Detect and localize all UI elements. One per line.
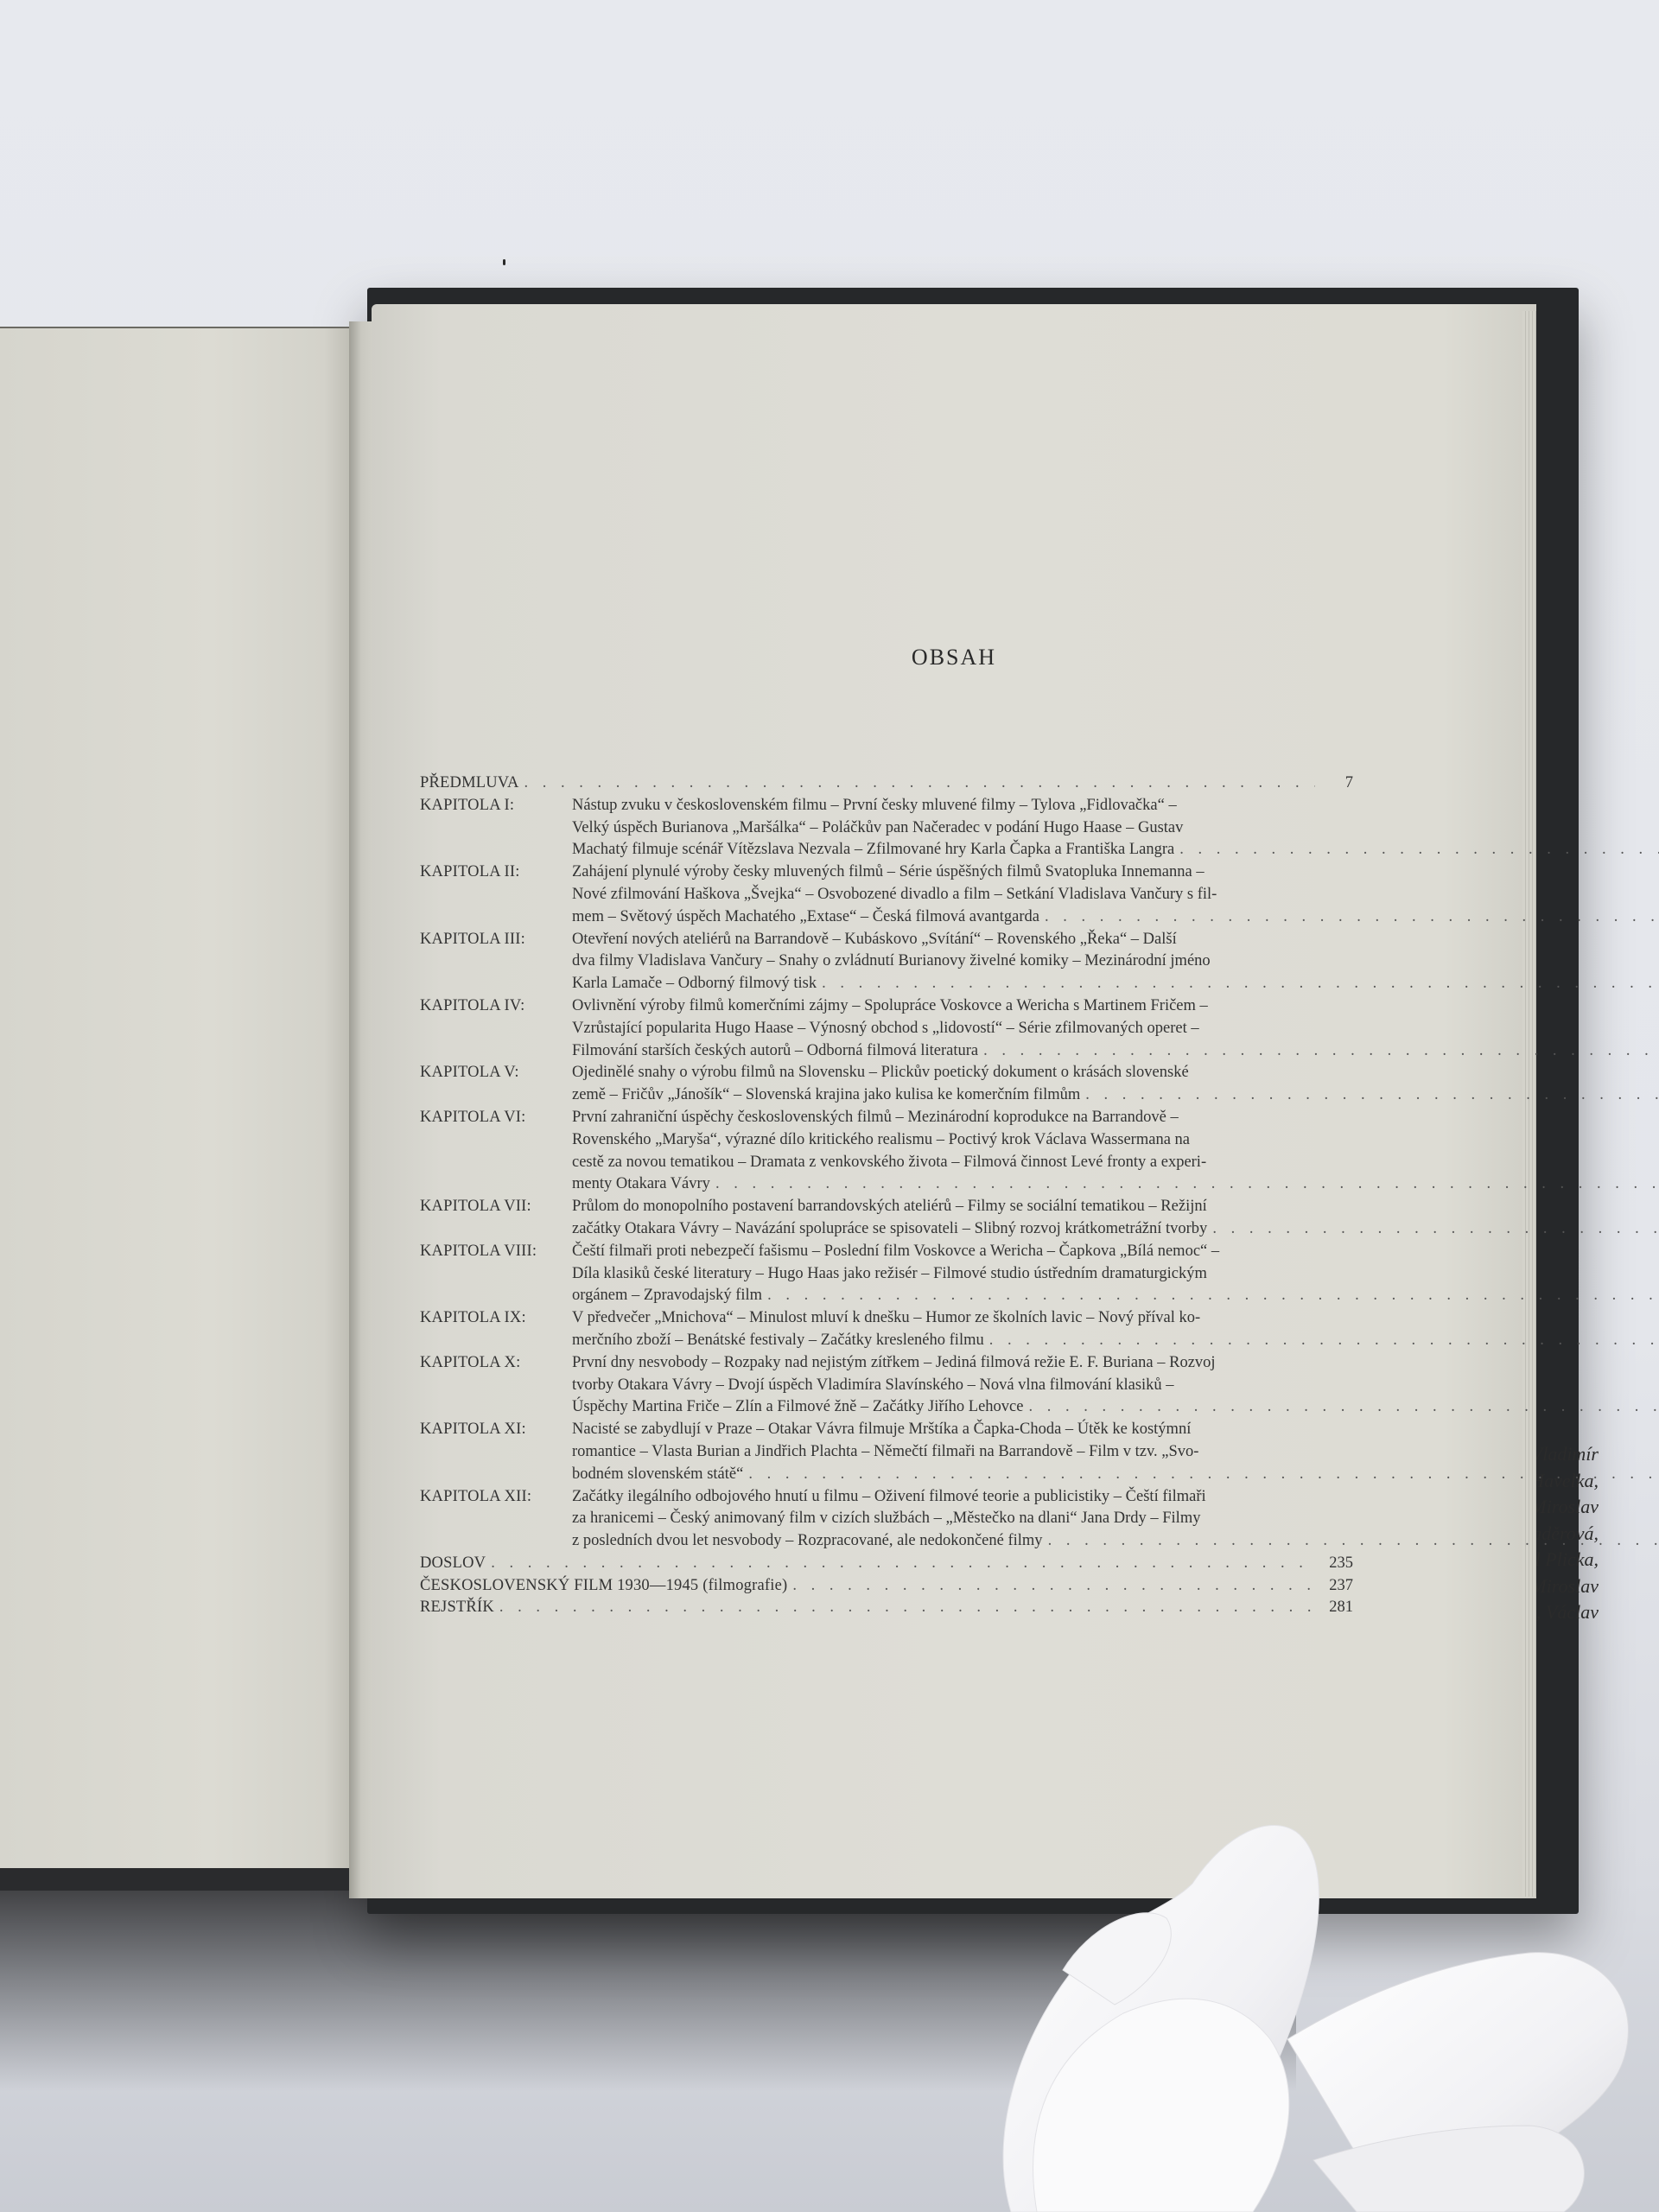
chapter-description-line: Velký úspěch Burianova „Maršálka“ – Polá… [572,817,1659,840]
toc-label: REJSTŘÍK [420,1597,494,1619]
toc-leader: . . . . . . . . . . . . . . . . . . . . … [978,1040,1659,1063]
chapter-description-line: Začátky ilegálního odbojového hnutí u fi… [572,1486,1659,1509]
chapter-description-line: menty Otakara Vávry [572,1173,710,1196]
chapter-description-line: Úspěchy Martina Friče – Zlín a Filmové ž… [572,1396,1023,1419]
toc-entry-back-matter: REJSTŘÍK. . . . . . . . . . . . . . . . … [420,1597,1353,1619]
chapter-label: KAPITOLA I: [420,795,572,861]
chapter-description-line: Filmování starších českých autorů – Odbo… [572,1040,978,1063]
toc-leader: . . . . . . . . . . . . . . . . . . . . … [1207,1218,1659,1241]
toc-entry-chapter: KAPITOLA IX:V předvečer „Mnichova“ – Min… [420,1307,1353,1352]
chapter-description-line: Karla Lamače – Odborný filmový tisk [572,973,817,995]
toc-leader: . . . . . . . . . . . . . . . . . . . . … [486,1553,1315,1575]
toc-entry-chapter: KAPITOLA IV:Ovlivnění výroby filmů komer… [420,995,1353,1062]
toc-leader: . . . . . . . . . . . . . . . . . . . . … [494,1597,1315,1619]
toc-entry-chapter: KAPITOLA III:Otevření nových ateliérů na… [420,929,1353,995]
chapter-description-line: bodném slovenském státě“ [572,1464,743,1486]
chapter-description-line: Rovenského „Maryša“, výrazné dílo kritic… [572,1129,1659,1152]
toc-leader: . . . . . . . . . . . . . . . . . . . . … [1039,906,1659,929]
toc-leader: . . . . . . . . . . . . . . . . . . . . … [1023,1396,1659,1419]
chapter-label: KAPITOLA X: [420,1352,572,1419]
table-of-contents: PŘEDMLUVA . . . . . . . . . . . . . . . … [420,772,1353,1619]
chapter-description-line: orgánem – Zpravodajský film [572,1285,762,1307]
chapter-description-line: tvorby Otakara Vávry – Dvojí úspěch Vlad… [572,1375,1659,1397]
toc-entry-chapter: KAPITOLA VI:První zahraniční úspěchy čes… [420,1107,1353,1196]
toc-entry-predmluva: PŘEDMLUVA . . . . . . . . . . . . . . . … [420,772,1353,795]
chapter-description-line: První zahraniční úspěchy československýc… [572,1107,1659,1129]
left-page [0,327,353,1868]
chapter-description-line: Čeští filmaři proti nebezpečí fašismu – … [572,1241,1659,1263]
chapter-label: KAPITOLA XI: [420,1419,572,1485]
chapter-label: KAPITOLA II: [420,861,572,928]
toc-entry-chapter: KAPITOLA VII:Průlom do monopolního posta… [420,1196,1353,1241]
toc-entry-chapter: KAPITOLA XII:Začátky ilegálního odbojové… [420,1486,1353,1553]
toc-leader: . . . . . . . . . . . . . . . . . . . . … [984,1330,1659,1352]
chapter-description: Ovlivnění výroby filmů komerčními zájmy … [572,995,1659,1062]
surface-speck [503,259,505,265]
chapter-label: KAPITOLA XII: [420,1486,572,1553]
chapter-description: Zahájení plynulé výroby česky mluvených … [572,861,1659,928]
chapter-label: KAPITOLA V: [420,1062,572,1107]
toc-leader: . . . . . . . . . . . . . . . . . . . . … [787,1575,1315,1598]
toc-entry-chapter: KAPITOLA I:Nástup zvuku v československé… [420,795,1353,861]
chapter-description: Čeští filmaři proti nebezpečí fašismu – … [572,1241,1659,1307]
toc-leader: . . . . . . . . . . . . . . . . . . . . … [743,1464,1659,1486]
chapter-description-line: Nacisté se zabydlují v Praze – Otakar Vá… [572,1419,1659,1441]
chapter-description-line: dva filmy Vladislava Vančury – Snahy o z… [572,950,1659,973]
chapter-description-line: merčního zboží – Benátské festivaly – Za… [572,1330,984,1352]
chapter-description-line: Vzrůstající popularita Hugo Haase – Výno… [572,1018,1659,1040]
chapter-label: KAPITOLA IX: [420,1307,572,1352]
toc-page-number: 281 [1315,1597,1353,1619]
chapter-description-line: Ovlivnění výroby filmů komerčními zájmy … [572,995,1659,1018]
chapter-description-line: začátky Otakara Vávry – Navázání spolupr… [572,1218,1207,1241]
chapter-description: První dny nesvobody – Rozpaky nad nejist… [572,1352,1659,1419]
chapter-description-line: Ojedinělé snahy o výrobu filmů na Sloven… [572,1062,1659,1084]
chapter-description-line: cestě za novou tematikou – Dramata z ven… [572,1152,1659,1174]
chapter-description-line: Zahájení plynulé výroby česky mluvených … [572,861,1659,884]
chapter-description-line: z posledních dvou let nesvobody – Rozpra… [572,1530,1043,1553]
toc-entry-chapter: KAPITOLA VIII:Čeští filmaři proti nebezp… [420,1241,1353,1307]
chapter-description-line: romantice – Vlasta Burian a Jindřich Pla… [572,1441,1659,1464]
toc-entry-back-matter: ČESKOSLOVENSKÝ FILM 1930—1945 (filmograf… [420,1575,1353,1598]
chapter-label: KAPITOLA III: [420,929,572,995]
chapter-description: Otevření nových ateliérů na Barrandově –… [572,929,1659,995]
chapter-description-line: Nové zfilmování Haškova „Švejka“ – Osvob… [572,884,1659,906]
toc-leader: . . . . . . . . . . . . . . . . . . . . … [817,973,1659,995]
chapter-description-line: za hranicemi – Český animovaný film v ci… [572,1508,1659,1530]
toc-leader: . . . . . . . . . . . . . . . . . . . . … [519,772,1315,795]
toc-label: ČESKOSLOVENSKÝ FILM 1930—1945 (filmograf… [420,1575,787,1598]
chapter-label: KAPITOLA IV: [420,995,572,1062]
toc-leader: . . . . . . . . . . . . . . . . . . . . … [1080,1084,1659,1107]
chapter-description-line: V předvečer „Mnichova“ – Minulost mluví … [572,1307,1659,1330]
chapter-label: KAPITOLA VI: [420,1107,572,1196]
chapter-list: KAPITOLA I:Nástup zvuku v československé… [420,795,1353,1553]
chapter-description-line: Machatý filmuje scénář Vítězslava Nezval… [572,839,1174,861]
chapter-description-line: Otevření nových ateliérů na Barrandově –… [572,929,1659,951]
toc-page-number: 235 [1315,1553,1353,1575]
chapter-description: V předvečer „Mnichova“ – Minulost mluví … [572,1307,1659,1352]
chapter-description-line: Nástup zvuku v československém filmu – P… [572,795,1659,817]
chapter-description-line: Průlom do monopolního postavení barrando… [572,1196,1659,1218]
toc-entry-back-matter: DOSLOV. . . . . . . . . . . . . . . . . … [420,1553,1353,1575]
toc-entry-chapter: KAPITOLA X:První dny nesvobody – Rozpaky… [420,1352,1353,1419]
chapter-label: KAPITOLA VII: [420,1196,572,1241]
chapter-description: Ojedinělé snahy o výrobu filmů na Sloven… [572,1062,1659,1107]
toc-label: DOSLOV [420,1553,486,1575]
chapter-description-line: První dny nesvobody – Rozpaky nad nejist… [572,1352,1659,1375]
chapter-description: Začátky ilegálního odbojového hnutí u fi… [572,1486,1659,1553]
toc-page-number: 237 [1315,1575,1353,1598]
chapter-description: Průlom do monopolního postavení barrando… [572,1196,1659,1241]
chapter-label: KAPITOLA VIII: [420,1241,572,1307]
chapter-description: Nacisté se zabydlují v Praze – Otakar Vá… [572,1419,1659,1485]
toc-page-number: 7 [1315,772,1353,795]
toc-entry-chapter: KAPITOLA V:Ojedinělé snahy o výrobu film… [420,1062,1353,1107]
toc-leader: . . . . . . . . . . . . . . . . . . . . … [762,1285,1659,1307]
toc-entry-chapter: KAPITOLA II:Zahájení plynulé výroby česk… [420,861,1353,928]
toc-leader: . . . . . . . . . . . . . . . . . . . . … [1043,1530,1659,1553]
toc-entry-chapter: KAPITOLA XI:Nacisté se zabydlují v Praze… [420,1419,1353,1485]
gloved-hand [907,1797,1659,2212]
chapter-description: První zahraniční úspěchy československýc… [572,1107,1659,1196]
toc-leader: . . . . . . . . . . . . . . . . . . . . … [710,1173,1659,1196]
page-title: OBSAH [372,645,1536,671]
chapter-description-line: Díla klasiků české literatury – Hugo Haa… [572,1263,1659,1286]
toc-label: PŘEDMLUVA [420,772,519,795]
back-matter-list: DOSLOV. . . . . . . . . . . . . . . . . … [420,1553,1353,1619]
chapter-description-line: mem – Světový úspěch Machatého „Extase“ … [572,906,1039,929]
chapter-description-line: země – Fričův „Jánošík“ – Slovenská kraj… [572,1084,1080,1107]
chapter-description: Nástup zvuku v československém filmu – P… [572,795,1659,861]
toc-leader: . . . . . . . . . . . . . . . . . . . . … [1174,839,1659,861]
